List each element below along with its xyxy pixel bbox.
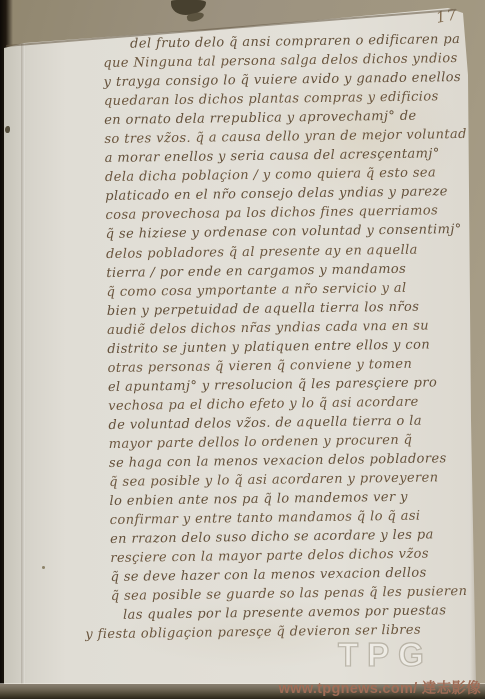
manuscript-page: 17 del fruto delo q̃ ansi compraren o ed… [4,0,479,688]
ink-speck [42,566,45,569]
page-gutter-crease [21,42,25,688]
watermark-credit: www.tpgnews.com/ 達志影像 [279,677,481,698]
tpg-watermark: TPG [338,636,433,674]
manuscript-photo: 17 del fruto delo q̃ ansi compraren o ed… [0,0,485,699]
ink-speck [5,126,10,133]
handwritten-text-block: del fruto delo q̃ ansi compraren o edifi… [103,32,474,647]
